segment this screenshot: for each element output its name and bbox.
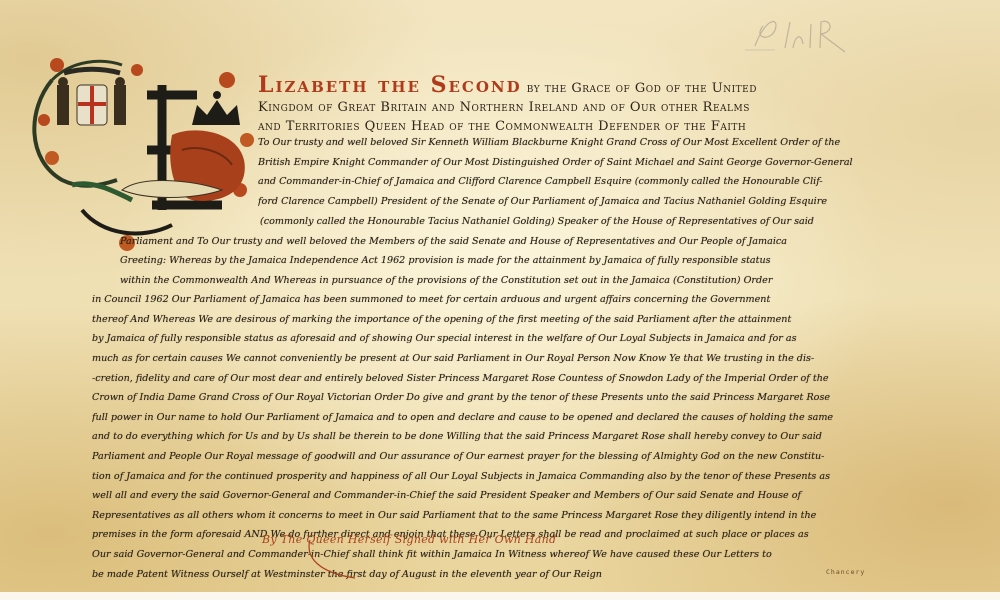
heading-line2: Kingdom of Great Britain and Northern Ir… <box>258 98 978 117</box>
body-line: thereof And Whereas We are desirous of m… <box>92 310 890 330</box>
body-line: -cretion, fidelity and care of Our most … <box>92 369 890 389</box>
countersignature: Chancery <box>826 568 865 576</box>
signature-flourish <box>300 538 380 583</box>
body-line: Parliament and People Our Royal message … <box>92 447 890 467</box>
body-line: be made Patent Witness Ourself at Westmi… <box>92 565 890 585</box>
body-line: To Our trusty and well beloved Sir Kenne… <box>258 133 898 153</box>
body-text-top: To Our trusty and well beloved Sir Kenne… <box>258 133 898 211</box>
heading-title: Lizabeth the Second <box>258 72 522 98</box>
body-line: in Council 1962 Our Parliament of Jamaic… <box>92 290 890 310</box>
body-text-mid: (commonly called the Honourable Tacius N… <box>120 212 890 251</box>
body-line: full power in Our name to hold Our Parli… <box>92 408 890 428</box>
body-line: well all and every the said Governor-Gen… <box>92 486 890 506</box>
body-line: Crown of India Dame Grand Cross of Our R… <box>92 388 890 408</box>
body-line: ford Clarence Campbell) President of the… <box>258 192 898 212</box>
body-line: Greeting: Whereas by the Jamaica Indepen… <box>92 251 890 271</box>
body-line: Representatives as all others whom it co… <box>92 506 890 526</box>
body-line: within the Commonwealth And Whereas in p… <box>92 271 890 291</box>
body-line: British Empire Knight Commander of Our M… <box>258 153 898 173</box>
body-line: Our said Governor-General and Commander-… <box>92 545 890 565</box>
body-line: and to do everything which for Us and by… <box>92 427 890 447</box>
body-line: much as for certain causes We cannot con… <box>92 349 890 369</box>
body-line: tion of Jamaica and for the continued pr… <box>92 467 890 487</box>
body-line: (commonly called the Honourable Tacius N… <box>120 212 890 232</box>
body-line: Parliament and To Our trusty and well be… <box>120 232 890 252</box>
document-heading: Lizabeth the Second by the Grace of God … <box>258 76 978 136</box>
royal-signature <box>735 8 885 58</box>
page-margin <box>0 592 1000 600</box>
heading-line1-rest: by the Grace of God of the United <box>527 81 757 96</box>
body-line: by Jamaica of fully responsible status a… <box>92 329 890 349</box>
body-line: and Commander-in-Chief of Jamaica and Cl… <box>258 172 898 192</box>
